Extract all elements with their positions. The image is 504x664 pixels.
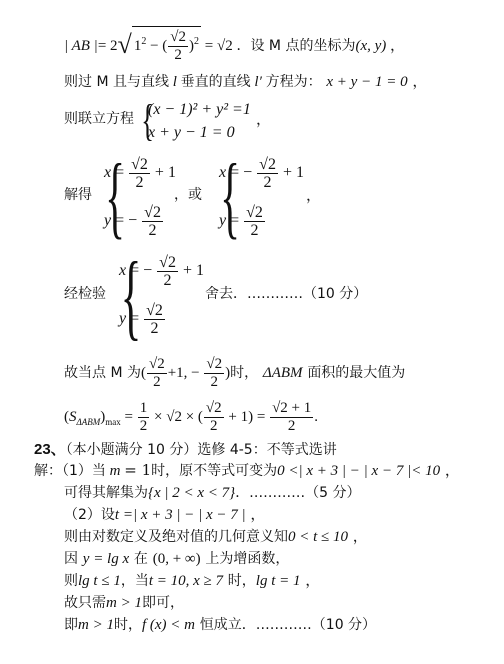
max-area-formula: (SΔABM)max = 12 × √2 × (√22 + 1) = √2 + … (64, 400, 318, 435)
or-text: ，或 (174, 186, 202, 204)
lg-ineq: lg t ≤ 1 (78, 573, 121, 589)
text-a: 则过 M 且与直线 (64, 74, 169, 90)
verify-x: x = − √22 + 1 (119, 254, 204, 289)
question-title: （本小题满分 10 分）选修 4-5：不等式选讲 (66, 442, 337, 458)
condition: t = 10, x ≥ 7 (149, 573, 223, 589)
solution-label: 解得 (64, 186, 92, 204)
text-c: 方程为： (266, 74, 322, 90)
solution1-y: y = − √22 (104, 204, 164, 239)
text-c: 面积的最大值为 (307, 365, 405, 381)
text-b: 即可， (142, 595, 184, 611)
final-line: 即m > 1时，f (x) < m 恒成立．…………（10 分） (64, 615, 376, 634)
text-a: 解：（1）当 (34, 463, 106, 479)
condition: m > 1 (106, 595, 142, 611)
verify-label: 经检验 (64, 285, 106, 303)
ab-length-line: | AB |= 2√12 − (√22)2 = √2 ．设 M 点的坐标为(x,… (64, 26, 405, 64)
text-a: 则由对数定义及绝对值的几何意义知 (64, 529, 288, 545)
coord-var: (x, y) (355, 38, 386, 54)
lg-eq: lg t = 1 (256, 573, 301, 589)
question-23-header: 23、（本小题满分 10 分）选修 4-5：不等式选讲 (34, 440, 337, 459)
conclusion-line: 故只需m > 1即可， (64, 593, 184, 612)
question-number: 23、 (34, 441, 66, 458)
text-b: 时， (114, 617, 142, 633)
line-equation: x + y − 1 = 0 (326, 74, 407, 90)
condition: m > 1 (78, 617, 114, 633)
function: y = lg x (83, 551, 129, 567)
comma: ， (306, 186, 321, 204)
score-5: ．…………（5 分） (235, 485, 360, 501)
max-point-line: 故当点 M 为(√22+1, − √22)时， ΔABM 面积的最大值为 (64, 356, 405, 391)
system-eq1: (x − 1)² + y² =1 (148, 101, 251, 119)
text-b: 时，原不等式可变为 (151, 463, 277, 479)
increasing-function-line: 因 y = lg x 在 (0, + ∞) 上为增函数， (64, 549, 289, 568)
text-a: 因 (64, 551, 78, 567)
lg-bound-line: 则lg t ≤ 1，当t = 10, x ≥ 7 时，lg t = 1 ， (64, 571, 320, 590)
text-a: 故只需 (64, 595, 106, 611)
subscript: ΔABM (77, 417, 101, 427)
verify-y: y = √22 (119, 302, 166, 337)
text-c: 时， (228, 573, 256, 589)
triangle-label: ΔABM (263, 365, 303, 381)
perpendicular-line-text: 则过 M 且与直线 l 垂直的直线 l′ 方程为： x + y − 1 = 0 … (64, 72, 427, 91)
text-a: 即 (64, 617, 78, 633)
score-10: 恒成立．…………（10 分） (200, 617, 376, 633)
solution-set-line: 可得其解集为{x | 2 < x < 7}．…………（5 分） (64, 483, 361, 502)
t-range: 0 < t ≤ 10 (288, 529, 348, 545)
comma: ， (256, 110, 271, 128)
solution2-y: y = √22 (219, 204, 266, 239)
inequality: 0 <| x + 3 | − | x − 7 |< 10 (277, 463, 440, 479)
text-a: 则 (64, 573, 78, 589)
inequality: f (x) < m (142, 617, 195, 633)
text-b: 时， (230, 365, 258, 381)
solution2-x: x = − √22 + 1 (219, 156, 304, 191)
text-a: （2）设 (64, 507, 115, 523)
text-b: 垂直的直线 (181, 74, 251, 90)
coord-intro-text: ．设 M 点的坐标为 (236, 38, 355, 54)
reject-text: 舍去．…………（10 分） (205, 285, 367, 303)
solution-part2: （2）设t =| x + 3 | − | x − 7 | ， (64, 505, 265, 524)
max-sub: max (105, 417, 121, 427)
text-c: 上为增函数， (205, 551, 289, 567)
interval: (0, + ∞) (153, 551, 201, 567)
text-a: 可得其解集为 (64, 485, 148, 501)
t-definition: t =| x + 3 | − | x − 7 | (115, 507, 246, 523)
solution-part1: 解：（1）当 m = 1时，原不等式可变为0 <| x + 3 | − | x … (34, 461, 460, 480)
log-definition-line: 则由对数定义及绝对值的几何意义知0 < t ≤ 10 ， (64, 527, 368, 546)
text-b: ，当 (121, 573, 149, 589)
solution-set: {x | 2 < x < 7} (148, 485, 235, 501)
text-a: 故当点 M 为 (64, 365, 141, 381)
system-eq2: x + y − 1 = 0 (148, 124, 235, 142)
solution1-x: x = √22 + 1 (104, 156, 176, 191)
text-b: 在 (134, 551, 148, 567)
system-label: 则联立方程 (64, 110, 134, 128)
